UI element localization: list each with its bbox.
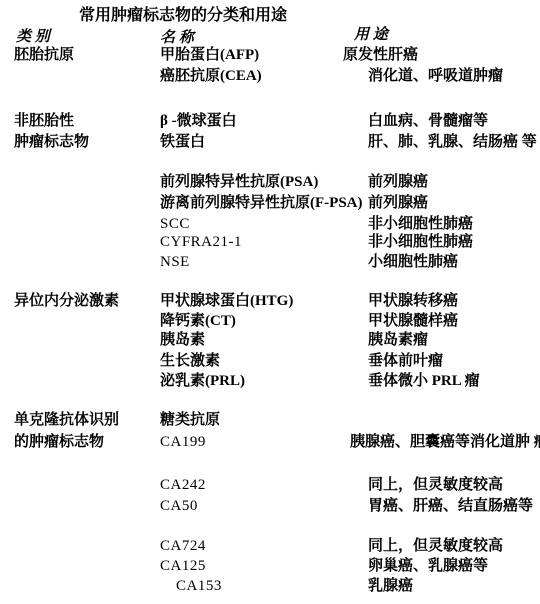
cell-category: 肿瘤标志物 [14,133,89,151]
document-page: 常用肿瘤标志物的分类和用途 类 别 名 称 用 途 胚胎抗原 甲胎蛋白(AFP)… [0,0,540,604]
table-row: 癌胚抗原(CEA) 消化道、呼吸道肿瘤 [0,67,540,87]
cell-name: 甲状腺球蛋白(HTG) [160,292,293,310]
cell-use: 胰腺癌、胆囊癌等消化道肿 瘤 [350,433,540,451]
table-row: 胰岛素 胰岛素瘤 [0,331,540,351]
cell-name: 甲胎蛋白(AFP) [160,46,259,64]
cell-name: CA242 [160,476,206,494]
cell-name: 糖类抗原 [160,411,220,429]
cell-name: CA199 [160,433,206,451]
cell-use: 乳腺癌 [368,577,413,595]
table-title: 常用肿瘤标志物的分类和用途 [79,2,287,25]
cell-name: 降钙素(CT) [160,312,236,330]
cell-name: CYFRA21-1 [160,233,242,251]
table-row: 泌乳素(PRL) 垂体微小 PRL 瘤 [0,372,540,392]
table-row: 肿瘤标志物 铁蛋白 肝、肺、乳腺、结肠癌 等 [0,133,540,153]
cell-name: 前列腺特异性抗原(PSA) [160,173,318,191]
cell-name: CA125 [160,557,206,575]
table-row: SCC 非小细胞性肺癌 [0,215,540,235]
cell-name: CA153 [176,577,222,595]
table-row: 的肿瘤标志物 CA199 胰腺癌、胆囊癌等消化道肿 瘤 [0,433,540,453]
cell-use: 消化道、呼吸道肿瘤 [368,67,503,85]
cell-use: 原发性肝癌 [343,46,418,64]
cell-use: 前列腺癌 [368,194,428,212]
table-row: 游离前列腺特异性抗原(F-PSA) 前列腺癌 [0,194,540,214]
column-header-use: 用 途 [354,23,388,44]
cell-use: 肝、肺、乳腺、结肠癌 等 [368,133,537,151]
table-row: 前列腺特异性抗原(PSA) 前列腺癌 [0,173,540,193]
table-row: 生长激素 垂体前叶瘤 [0,352,540,372]
table-row: NSE 小细胞性肺癌 [0,253,540,273]
cell-name: 泌乳素(PRL) [160,372,245,390]
cell-use: 甲状腺转移癌 [368,292,458,310]
cell-use: 胃癌、肝癌、结直肠癌等 [368,497,533,515]
table-row: 胚胎抗原 甲胎蛋白(AFP) 原发性肝癌 [0,46,540,66]
column-header-category: 类 别 [16,25,50,46]
cell-use: 白血病、骨髓瘤等 [368,112,488,130]
cell-name: SCC [160,215,190,233]
table-row: 降钙素(CT) 甲状腺髓样癌 [0,312,540,332]
cell-use: 非小细胞性肺癌 [368,233,473,251]
table-row: CA153 乳腺癌 [0,577,540,597]
cell-use: 非小细胞性肺癌 [368,215,473,233]
cell-use: 卵巢癌、乳腺癌等 [368,557,488,575]
cell-use: 同上，但灵敏度较高 [368,476,503,494]
cell-category: 的肿瘤标志物 [14,433,104,451]
cell-use: 小细胞性肺癌 [368,253,458,271]
cell-name: 生长激素 [160,352,220,370]
cell-name: 癌胚抗原(CEA) [160,67,262,85]
cell-category: 单克隆抗体识别 [14,411,119,429]
cell-name: 游离前列腺特异性抗原(F-PSA) [160,194,363,212]
table-row: CA125 卵巢癌、乳腺癌等 [0,557,540,577]
table-row: 异位内分泌激素 甲状腺球蛋白(HTG) 甲状腺转移癌 [0,292,540,312]
cell-category: 胚胎抗原 [14,46,74,64]
cell-use: 前列腺癌 [368,173,428,191]
cell-use: 垂体前叶瘤 [368,352,443,370]
cell-category: 异位内分泌激素 [14,292,119,310]
cell-use: 同上，但灵敏度较高 [368,537,503,555]
cell-name: CA724 [160,537,206,555]
cell-category: 非胚胎性 [14,112,74,130]
table-row: CA724 同上，但灵敏度较高 [0,537,540,557]
cell-name: NSE [160,253,190,271]
cell-name: 胰岛素 [160,331,205,349]
table-row: CA50 胃癌、肝癌、结直肠癌等 [0,497,540,517]
table-row: CYFRA21-1 非小细胞性肺癌 [0,233,540,253]
cell-use: 胰岛素瘤 [368,331,428,349]
cell-use: 垂体微小 PRL 瘤 [368,372,480,390]
cell-name: 铁蛋白 [160,133,205,151]
table-row: 单克隆抗体识别 糖类抗原 [0,411,540,431]
table-row: 非胚胎性 β -微球蛋白 白血病、骨髓瘤等 [0,112,540,132]
cell-name: CA50 [160,497,198,515]
cell-use: 甲状腺髓样癌 [368,312,458,330]
column-header-name: 名 称 [160,26,194,47]
table-row: CA242 同上，但灵敏度较高 [0,476,540,496]
cell-name: β -微球蛋白 [160,112,237,130]
